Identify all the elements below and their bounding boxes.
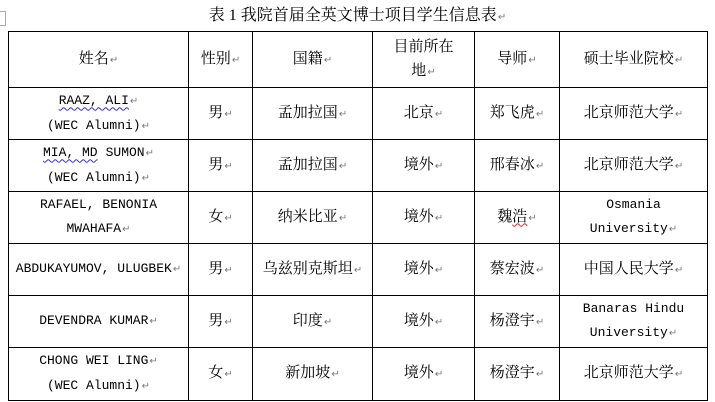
paragraph-mark-icon: ↵ bbox=[536, 369, 544, 380]
paragraph-mark-icon: ↵ bbox=[675, 55, 683, 66]
paragraph-mark-icon: ↵ bbox=[142, 173, 150, 184]
location-cell: 境外↵ bbox=[373, 244, 475, 296]
table-row: DEVENDRA KUMAR↵ 男↵ 印度↵ 境外↵ 杨澄宇↵ Banaras … bbox=[9, 296, 708, 348]
name-rest: SUMON bbox=[106, 145, 145, 160]
nationality-cell: 孟加拉国↵ bbox=[253, 140, 373, 192]
paragraph-mark-icon: ↵ bbox=[331, 369, 339, 380]
spellcheck-flagged-text: MIA, MD bbox=[43, 145, 98, 160]
paragraph-mark-icon: ↵ bbox=[224, 109, 232, 120]
nationality-value: 孟加拉国 bbox=[278, 105, 338, 121]
location-value: 境外 bbox=[404, 261, 434, 277]
name-cell: ABDUKAYUMOV, ULUGBEK↵ bbox=[9, 244, 189, 296]
gender-value: 女 bbox=[208, 365, 223, 381]
gender-value: 女 bbox=[208, 209, 223, 225]
paragraph-mark-icon: ↵ bbox=[435, 213, 443, 224]
header-label: 性别 bbox=[201, 51, 231, 67]
paragraph-mark-icon: ↵ bbox=[675, 161, 683, 172]
school-value: 中国人民大学 bbox=[584, 261, 674, 277]
name-cell: MIA, MDSUMON↵ (WEC Alumni)↵ bbox=[9, 140, 189, 192]
supervisor-cell: 杨澄宇↵ bbox=[475, 296, 560, 348]
name-wrap: RAFAEL, BENONIA MWAHAFA↵ bbox=[16, 193, 181, 242]
location-cell: 境外↵ bbox=[373, 140, 475, 192]
paragraph-mark-icon: ↵ bbox=[536, 317, 544, 328]
header-cell-school: 硕士毕业院校↵ bbox=[560, 32, 708, 88]
location-value: 北京 bbox=[404, 105, 434, 121]
table-row: RAFAEL, BENONIA MWAHAFA↵ 女↵ 纳米比亚↵ 境外↵ 魏浩… bbox=[9, 192, 708, 244]
school-wrap: Banaras Hindu University↵ bbox=[571, 297, 697, 346]
school-cell: 北京师范大学↵ bbox=[560, 140, 708, 192]
school-wrap: Osmania University↵ bbox=[571, 193, 697, 242]
gender-value: 男 bbox=[208, 157, 223, 173]
gender-cell: 男↵ bbox=[189, 88, 253, 140]
header-label: 导师 bbox=[497, 51, 527, 67]
gender-value: 男 bbox=[208, 261, 223, 277]
supervisor-cell: 蔡宏波↵ bbox=[475, 244, 560, 296]
header-cell-gender: 性别↵ bbox=[189, 32, 253, 88]
name-value: ABDUKAYUMOV, ULUGBEK bbox=[16, 261, 172, 276]
supervisor-cell: 杨澄宇↵ bbox=[475, 348, 560, 401]
name-note: (WEC Alumni) bbox=[47, 170, 141, 185]
table-row: RAAZ, ALI↵ (WEC Alumni)↵ 男↵ 孟加拉国↵ 北京↵ 郑飞… bbox=[9, 88, 708, 140]
supervisor-value: 杨澄宇 bbox=[490, 365, 535, 381]
school-value: 北京师范大学 bbox=[584, 365, 674, 381]
header-cell-nationality: 国籍↵ bbox=[253, 32, 373, 88]
supervisor-value: 郑飞虎 bbox=[490, 105, 535, 121]
name-value: CHONG WEI LING bbox=[39, 353, 148, 368]
supervisor-cell: 邢春冰↵ bbox=[475, 140, 560, 192]
nationality-cell: 孟加拉国↵ bbox=[253, 88, 373, 140]
paragraph-mark-icon: ↵ bbox=[224, 369, 232, 380]
header-label: 硕士毕业院校 bbox=[584, 51, 674, 67]
paragraph-mark-icon: ↵ bbox=[339, 109, 347, 120]
supervisor-cell: 魏浩↵ bbox=[475, 192, 560, 244]
paragraph-mark-icon: ↵ bbox=[339, 213, 347, 224]
paragraph-mark-icon: ↵ bbox=[536, 109, 544, 120]
paragraph-mark-icon: ↵ bbox=[122, 224, 130, 235]
location-value: 境外 bbox=[404, 209, 434, 225]
paragraph-mark-icon: ↵ bbox=[224, 213, 232, 224]
paragraph-mark-icon: ↵ bbox=[498, 12, 506, 23]
supervisor-cell: 郑飞虎↵ bbox=[475, 88, 560, 140]
gender-cell: 女↵ bbox=[189, 348, 253, 401]
header-cell-location: 目前所在地↵ bbox=[373, 32, 475, 88]
gender-cell: 女↵ bbox=[189, 192, 253, 244]
nationality-cell: 新加坡↵ bbox=[253, 348, 373, 401]
paragraph-mark-icon: ↵ bbox=[130, 96, 138, 107]
spellcheck-flagged-text: RAAZ, ALI bbox=[59, 93, 129, 108]
gender-cell: 男↵ bbox=[189, 296, 253, 348]
supervisor-value: 杨澄宇 bbox=[490, 313, 535, 329]
nationality-cell: 印度↵ bbox=[253, 296, 373, 348]
nationality-cell: 乌兹别克斯坦↵ bbox=[253, 244, 373, 296]
paragraph-mark-icon: ↵ bbox=[435, 265, 443, 276]
location-value: 境外 bbox=[404, 313, 434, 329]
paragraph-mark-icon: ↵ bbox=[110, 55, 118, 66]
nationality-value: 新加坡 bbox=[285, 365, 330, 381]
gender-value: 男 bbox=[208, 313, 223, 329]
name-line: MIA, MDSUMON↵ bbox=[9, 141, 188, 166]
paragraph-mark-icon: ↵ bbox=[435, 369, 443, 380]
name-cell: RAFAEL, BENONIA MWAHAFA↵ bbox=[9, 192, 189, 244]
school-cell: 北京师范大学↵ bbox=[560, 88, 708, 140]
location-cell: 境外↵ bbox=[373, 296, 475, 348]
paragraph-mark-icon: ↵ bbox=[675, 109, 683, 120]
spellcheck-flagged-text: 浩 bbox=[512, 209, 527, 225]
paragraph-mark-icon: ↵ bbox=[435, 161, 443, 172]
nationality-value: 乌兹别克斯坦 bbox=[263, 261, 353, 277]
nationality-value: 印度 bbox=[293, 313, 323, 329]
name-note-line: (WEC Alumni)↵ bbox=[9, 166, 188, 191]
paragraph-mark-icon: ↵ bbox=[324, 317, 332, 328]
paragraph-mark-icon: ↵ bbox=[173, 264, 181, 275]
school-value: 北京师范大学 bbox=[584, 157, 674, 173]
nationality-value: 纳米比亚 bbox=[278, 209, 338, 225]
supervisor-value: 邢春冰 bbox=[490, 157, 535, 173]
location-cell: 境外↵ bbox=[373, 192, 475, 244]
paragraph-mark-icon: ↵ bbox=[339, 161, 347, 172]
name-note: (WEC Alumni) bbox=[47, 118, 141, 133]
student-info-table: 姓名↵ 性别↵ 国籍↵ 目前所在地↵ 导师↵ 硕士毕业院校↵ RAAZ, ALI… bbox=[8, 31, 708, 401]
name-cell: CHONG WEI LING↵ (WEC Alumni)↵ bbox=[9, 348, 189, 401]
name-value: DEVENDRA KUMAR bbox=[39, 313, 148, 328]
paragraph-mark-icon: ↵ bbox=[528, 213, 536, 224]
table-row: MIA, MDSUMON↵ (WEC Alumni)↵ 男↵ 孟加拉国↵ 境外↵… bbox=[9, 140, 708, 192]
paragraph-mark-icon: ↵ bbox=[427, 67, 435, 78]
paragraph-mark-icon: ↵ bbox=[675, 265, 683, 276]
header-label: 目前所在地 bbox=[393, 39, 453, 79]
header-row: 姓名↵ 性别↵ 国籍↵ 目前所在地↵ 导师↵ 硕士毕业院校↵ bbox=[9, 32, 708, 88]
nationality-cell: 纳米比亚↵ bbox=[253, 192, 373, 244]
paragraph-mark-icon: ↵ bbox=[224, 317, 232, 328]
header-label: 国籍 bbox=[293, 51, 323, 67]
header-label: 姓名 bbox=[79, 51, 109, 67]
paragraph-mark-icon: ↵ bbox=[354, 265, 362, 276]
school-cell: 北京师范大学↵ bbox=[560, 348, 708, 401]
name-cell: RAAZ, ALI↵ (WEC Alumni)↵ bbox=[9, 88, 189, 140]
school-value: 北京师范大学 bbox=[584, 105, 674, 121]
location-value: 境外 bbox=[404, 157, 434, 173]
name-value: RAFAEL, BENONIA MWAHAFA bbox=[40, 197, 157, 236]
table-title-text: 表 1 我院首届全英文博士项目学生信息表 bbox=[209, 7, 497, 24]
name-note: (WEC Alumni) bbox=[47, 378, 141, 393]
school-cell: 中国人民大学↵ bbox=[560, 244, 708, 296]
school-value: Osmania University bbox=[590, 197, 668, 236]
paragraph-mark-icon: ↵ bbox=[146, 148, 154, 159]
table-row: CHONG WEI LING↵ (WEC Alumni)↵ 女↵ 新加坡↵ 境外… bbox=[9, 348, 708, 401]
paragraph-mark-icon: ↵ bbox=[142, 381, 150, 392]
table-title: 表 1 我院首届全英文博士项目学生信息表↵ bbox=[0, 2, 715, 29]
supervisor-prefix: 魏 bbox=[497, 209, 512, 225]
header-label-wrap: 目前所在地↵ bbox=[392, 35, 456, 85]
name-note-line: (WEC Alumni)↵ bbox=[9, 114, 188, 139]
paragraph-mark-icon: ↵ bbox=[669, 224, 677, 235]
paragraph-mark-icon: ↵ bbox=[675, 369, 683, 380]
name-line: RAAZ, ALI↵ bbox=[9, 89, 188, 114]
paragraph-mark-icon: ↵ bbox=[536, 161, 544, 172]
paragraph-mark-icon: ↵ bbox=[669, 328, 677, 339]
location-value: 境外 bbox=[404, 365, 434, 381]
name-note-line: (WEC Alumni)↵ bbox=[9, 374, 188, 399]
paragraph-mark-icon: ↵ bbox=[536, 265, 544, 276]
gender-value: 男 bbox=[208, 105, 223, 121]
supervisor-value: 蔡宏波 bbox=[490, 261, 535, 277]
paragraph-mark-icon: ↵ bbox=[149, 316, 157, 327]
paragraph-mark-icon: ↵ bbox=[324, 55, 332, 66]
name-line: CHONG WEI LING↵ bbox=[9, 349, 188, 374]
name-cell: DEVENDRA KUMAR↵ bbox=[9, 296, 189, 348]
paragraph-mark-icon: ↵ bbox=[435, 109, 443, 120]
location-cell: 境外↵ bbox=[373, 348, 475, 401]
paragraph-mark-icon: ↵ bbox=[435, 317, 443, 328]
paragraph-mark-icon: ↵ bbox=[232, 55, 240, 66]
document-page: { "title": { "text": "表 1 我院首届全英文博士项目学生信… bbox=[0, 0, 715, 402]
paragraph-mark-icon: ↵ bbox=[224, 161, 232, 172]
paragraph-mark-icon: ↵ bbox=[224, 265, 232, 276]
paragraph-mark-icon: ↵ bbox=[149, 356, 157, 367]
school-cell: Banaras Hindu University↵ bbox=[560, 296, 708, 348]
paragraph-mark-icon: ↵ bbox=[528, 55, 536, 66]
paragraph-mark-icon: ↵ bbox=[142, 121, 150, 132]
gender-cell: 男↵ bbox=[189, 244, 253, 296]
table-row: ABDUKAYUMOV, ULUGBEK↵ 男↵ 乌兹别克斯坦↵ 境外↵ 蔡宏波… bbox=[9, 244, 708, 296]
gender-cell: 男↵ bbox=[189, 140, 253, 192]
nationality-value: 孟加拉国 bbox=[278, 157, 338, 173]
header-cell-name: 姓名↵ bbox=[9, 32, 189, 88]
header-cell-supervisor: 导师↵ bbox=[475, 32, 560, 88]
school-cell: Osmania University↵ bbox=[560, 192, 708, 244]
location-cell: 北京↵ bbox=[373, 88, 475, 140]
